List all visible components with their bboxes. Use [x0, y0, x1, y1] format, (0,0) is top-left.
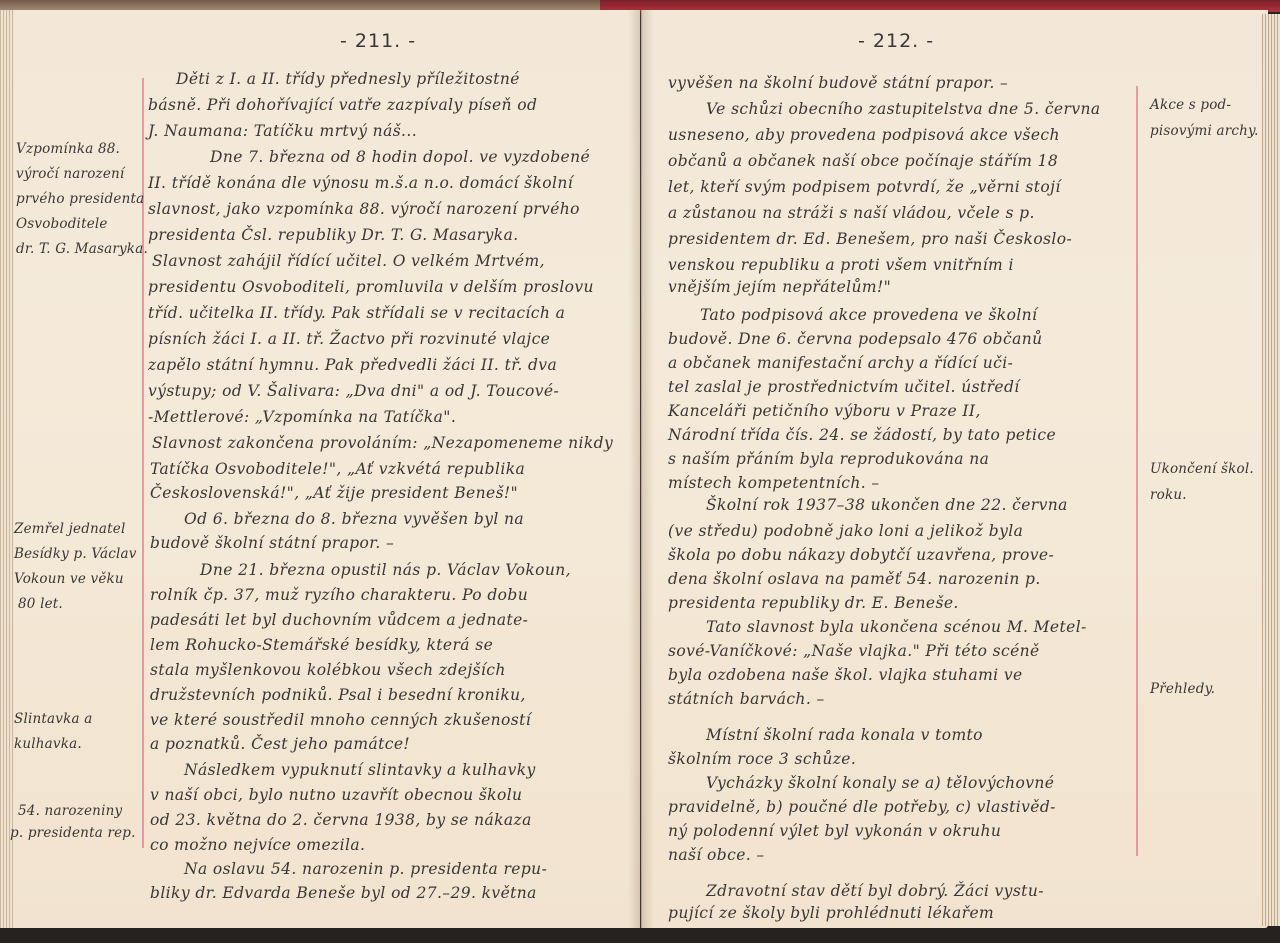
right-margin-rule: [1136, 86, 1138, 856]
right-page-edges: [1262, 14, 1280, 926]
left-page-edges: [0, 10, 14, 928]
right-page-number: - 212. -: [858, 30, 934, 52]
book-spread: - 211. - Vzpomínka 88. výročí narození p…: [0, 0, 1280, 943]
left-page-number: - 211. -: [340, 30, 416, 52]
